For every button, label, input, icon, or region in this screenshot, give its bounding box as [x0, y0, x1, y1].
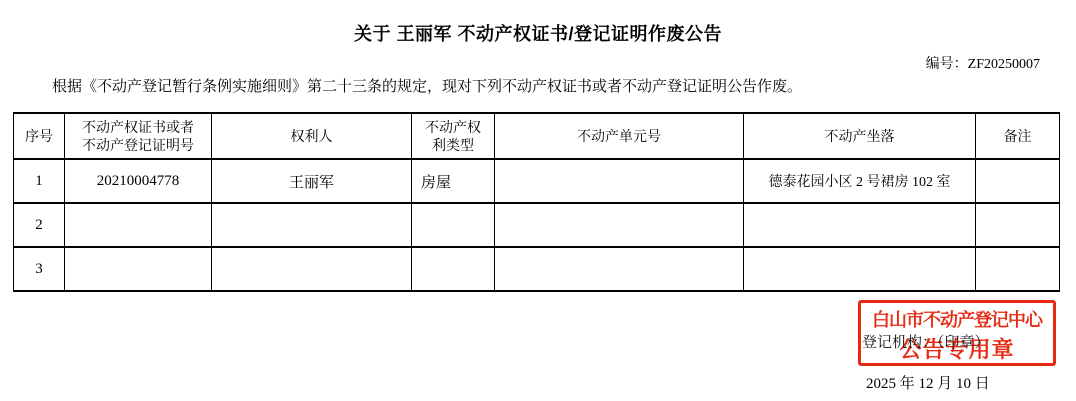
intro-paragraph: 根据《不动产登记暂行条例实施细则》第二十三条的规定，现对下列不动产权证书或者不动… [14, 77, 1062, 97]
col-header-certificate-number: 不动产权证书或者 不动产登记证明号 [65, 113, 212, 159]
official-red-stamp: 白山市不动产登记中心 公告专用章 [858, 300, 1056, 366]
table-header-row: 序号 不动产权证书或者 不动产登记证明号 权利人 不动产权 利类型 不动产单元号… [14, 113, 1060, 159]
invalidation-notice-document: 关于 王丽军 不动产权证书/登记证明作废公告 编号：ZF20250007 根据《… [0, 0, 1076, 401]
cell-unit-number [495, 159, 744, 203]
certificates-table: 序号 不动产权证书或者 不动产登记证明号 权利人 不动产权 利类型 不动产单元号… [13, 112, 1060, 292]
cell-index: 1 [14, 159, 65, 203]
cell-right-type [412, 247, 495, 291]
cell-unit-number [495, 203, 744, 247]
doc-number-label: 编号： [926, 55, 968, 71]
cell-index: 3 [14, 247, 65, 291]
cell-certificate-number: 20210004778 [65, 159, 212, 203]
col-header-location: 不动产坐落 [744, 113, 976, 159]
page-title: 关于 王丽军 不动产权证书/登记证明作废公告 [0, 20, 1076, 46]
doc-number: 编号：ZF20250007 [926, 53, 1040, 73]
col-header-right-type: 不动产权 利类型 [412, 113, 495, 159]
cell-location: 德泰花园小区 2 号裙房 102 室 [744, 159, 976, 203]
cell-right-holder [212, 203, 412, 247]
doc-number-value: ZF20250007 [968, 57, 1040, 72]
table-row-2: 2 [14, 203, 1060, 247]
table-row-1: 1 20210004778 王丽军 房屋 德泰花园小区 2 号裙房 102 室 [14, 159, 1060, 203]
col-header-right-holder: 权利人 [212, 113, 412, 159]
cell-right-type: 房屋 [412, 159, 495, 203]
stamp-seal-type: 公告专用章 [861, 333, 1053, 364]
cell-remarks [976, 159, 1060, 203]
cell-location [744, 247, 976, 291]
cell-right-type [412, 203, 495, 247]
table-row-3: 3 [14, 247, 1060, 291]
cell-remarks [976, 247, 1060, 291]
cell-certificate-number [65, 247, 212, 291]
agency-label: 登记机构：（印章） [862, 331, 990, 352]
col-header-index: 序号 [14, 113, 65, 159]
cell-certificate-number [65, 203, 212, 247]
col-header-unit-number: 不动产单元号 [495, 113, 744, 159]
stamp-org-name: 白山市不动产登记中心 [861, 306, 1053, 332]
cell-location [744, 203, 976, 247]
col-header-remarks: 备注 [976, 113, 1060, 159]
cell-unit-number [495, 247, 744, 291]
cell-index: 2 [14, 203, 65, 247]
issue-date: 2025 年 12 月 10 日 [866, 372, 990, 393]
cell-right-holder [212, 247, 412, 291]
cell-right-holder: 王丽军 [212, 159, 412, 203]
cell-remarks [976, 203, 1060, 247]
